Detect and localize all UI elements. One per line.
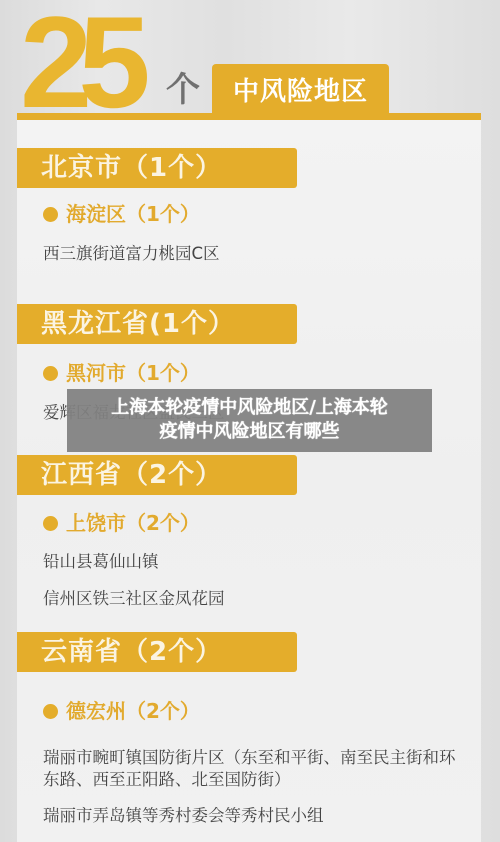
- overlay-line-2: 疫情中风险地区有哪些: [67, 420, 432, 444]
- address-item: 瑞丽市弄岛镇等秀村委会等秀村民小组: [43, 805, 468, 827]
- bullet-dot-icon: [43, 704, 58, 719]
- province-bar-heilongjiang: 黑龙江省(1个）: [17, 304, 297, 344]
- city-heihe: 黑河市（1个）: [43, 359, 200, 387]
- city-label: 上饶市（2个）: [66, 509, 200, 537]
- province-bar-yunnan: 云南省（2个）: [17, 632, 297, 672]
- overlay-line-1: 上海本轮疫情中风险地区/上海本轮: [67, 396, 432, 420]
- address-item: 铅山县葛仙山镇: [43, 551, 468, 573]
- top-rule: [17, 113, 481, 120]
- title-overlay: 上海本轮疫情中风险地区/上海本轮 疫情中风险地区有哪些: [67, 389, 432, 452]
- address-item: 信州区铁三社区金凤花园: [43, 588, 468, 610]
- header-title-tab: 中风险地区: [212, 64, 389, 116]
- big-count: 25: [20, 2, 137, 122]
- city-label: 黑河市（1个）: [66, 359, 200, 387]
- city-label: 德宏州（2个）: [66, 697, 200, 725]
- city-haidian: 海淀区（1个）: [43, 200, 200, 228]
- count-unit: 个: [166, 68, 200, 112]
- address-item: 西三旗街道富力桃园C区: [43, 243, 468, 265]
- city-shangrao: 上饶市（2个）: [43, 509, 200, 537]
- bullet-dot-icon: [43, 516, 58, 531]
- bullet-dot-icon: [43, 207, 58, 222]
- city-label: 海淀区（1个）: [66, 200, 200, 228]
- bullet-dot-icon: [43, 366, 58, 381]
- city-dehong: 德宏州（2个）: [43, 697, 200, 725]
- province-bar-jiangxi: 江西省（2个）: [17, 455, 297, 495]
- address-item: 瑞丽市畹町镇国防街片区（东至和平街、南至民主街和环东路、西至正阳路、北至国防街）: [43, 747, 468, 791]
- province-bar-beijing: 北京市（1个）: [17, 148, 297, 188]
